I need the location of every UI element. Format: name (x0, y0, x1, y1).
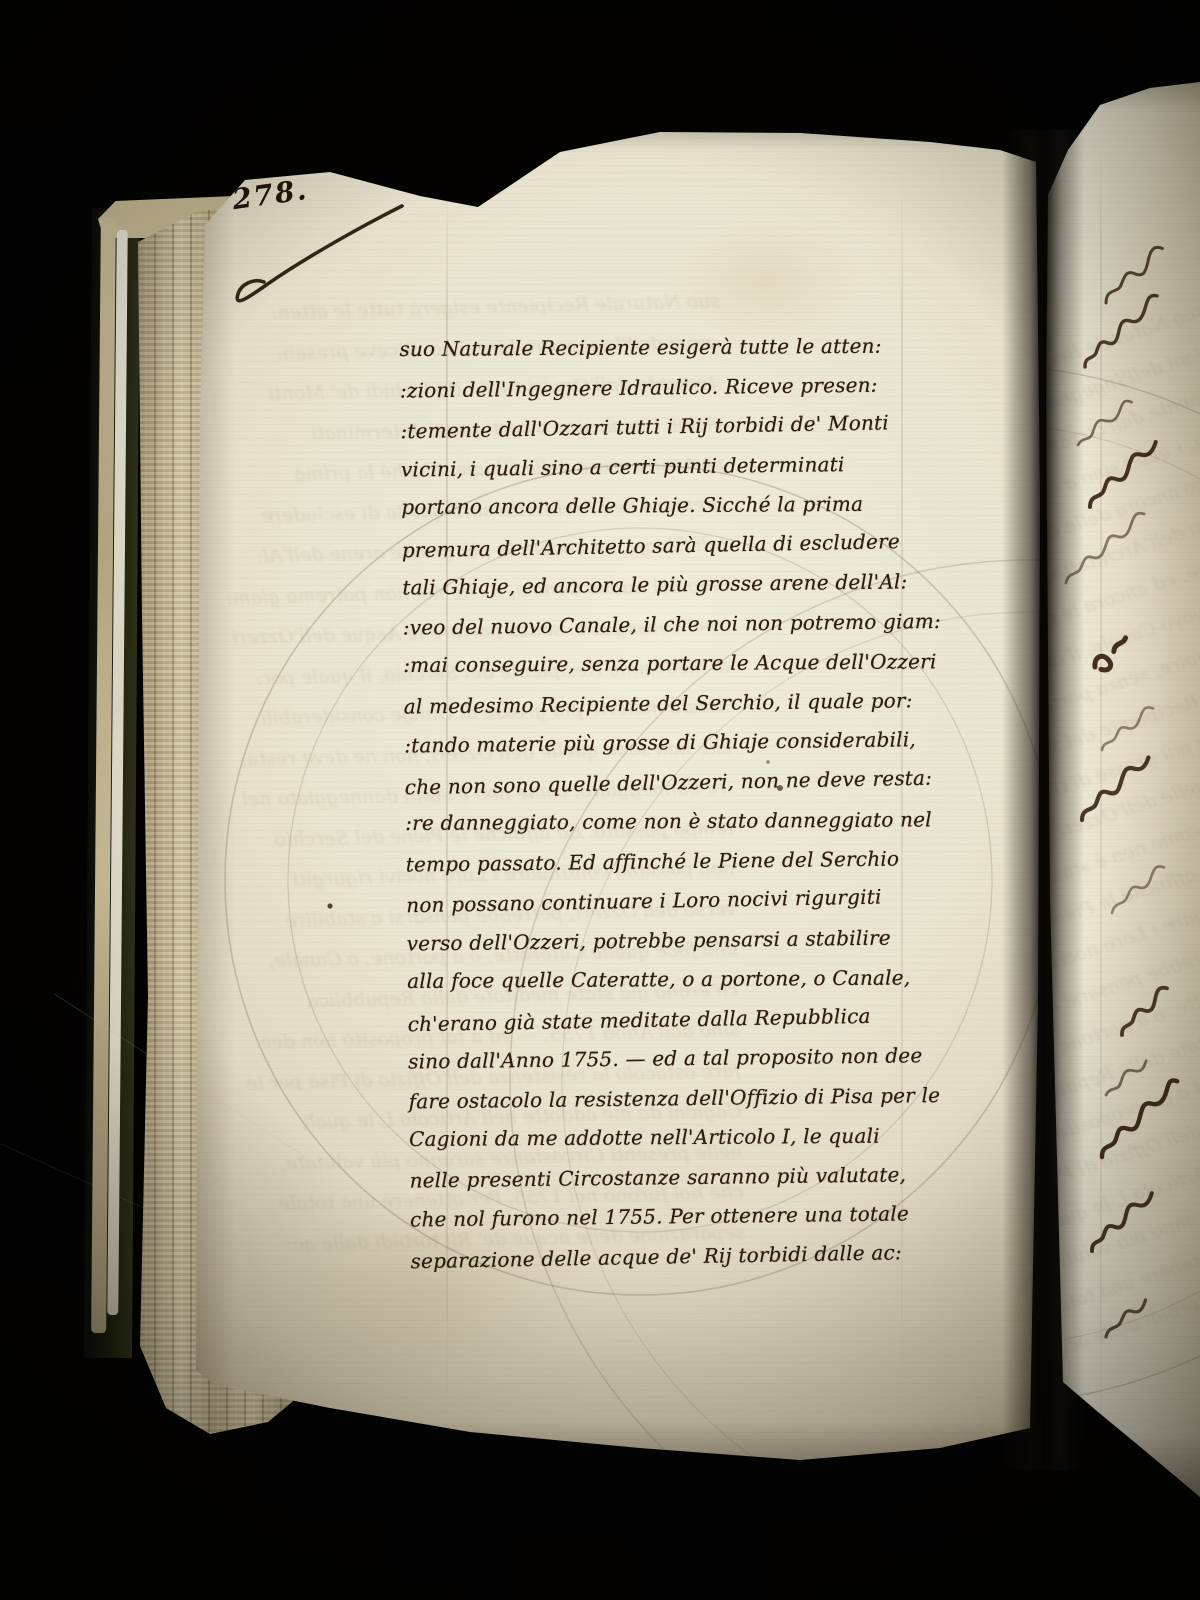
manuscript-line: Cagioni da me addotte nell'Articolo I, l… (409, 1116, 984, 1160)
manuscript-photograph: suo Naturale Recipiente esigerà tutte le… (0, 0, 1200, 1600)
manuscript-line: portano ancora delle Ghiaje. Sicché la p… (401, 484, 976, 528)
manuscript-left-page: suo Naturale Recipiente esigerà tutte le… (170, 120, 1045, 1475)
manuscript-line: :veo del nuovo Canale, il che noi non po… (403, 601, 978, 648)
manuscript-line: :mai conseguire, senza portare le Acque … (403, 642, 978, 686)
page-number-flourish (226, 200, 411, 315)
manuscript-line: al medesimo Recipiente del Serchio, il q… (404, 680, 979, 727)
manuscript-right-page: suo Naturale Recipiente esigerà tutte le… (1040, 75, 1200, 1505)
manuscript-line: nelle presenti Circostanze saranno più v… (409, 1154, 984, 1201)
manuscript-line: fare ostacolo la resistenza dell'Offizio… (408, 1075, 983, 1122)
manuscript-line: :re danneggiato, come non è stato danneg… (405, 800, 980, 844)
manuscript-line: suo Naturale Recipiente esigerà tutte le… (399, 326, 974, 370)
manuscript-line: alla foce quelle Cateratte, o a portone,… (407, 958, 982, 1002)
ink-fragments (1040, 75, 1200, 1505)
manuscript-text-block: suo Naturale Recipiente esigerà tutte le… (399, 325, 986, 1280)
